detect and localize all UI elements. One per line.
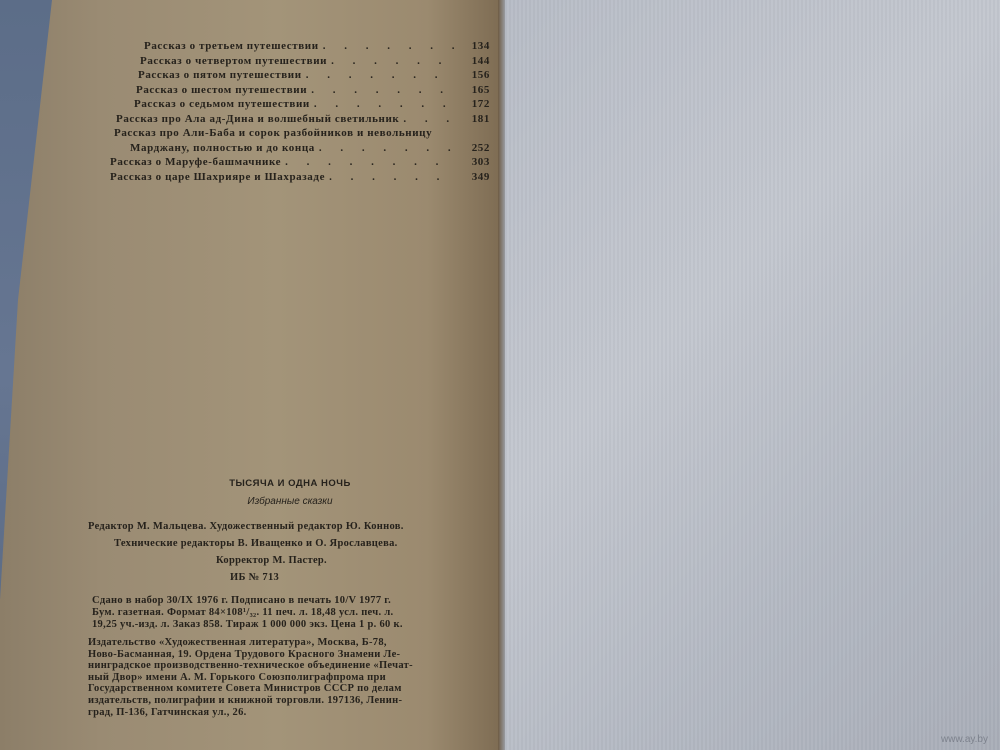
publisher-line: нинградское производственно-техническое …: [88, 660, 493, 672]
toc-entry-title: Рассказ о царе Шахрияре и Шахразаде: [110, 171, 325, 183]
book-title: ТЫСЯЧА И ОДНА НОЧЬ: [80, 478, 500, 489]
book-subtitle: Избранные сказки: [80, 496, 500, 507]
toc-entry-title: Рассказ про Ала ад-Дина и волшебный свет…: [116, 113, 399, 125]
toc-entry: Рассказ о царе Шахрияре и Шахразаде349: [110, 171, 490, 186]
toc-entry-page: 303: [460, 156, 490, 168]
toc-entry: Рассказ о четвертом путешествии144: [110, 55, 490, 70]
toc-entry-page: 156: [460, 69, 490, 81]
ib-number: ИБ № 713: [80, 572, 500, 589]
toc-leader-dots: [314, 98, 456, 110]
publisher-line: Издательство «Художественная литература»…: [88, 637, 493, 649]
print-info-line: Бум. газетная. Формат 84×108¹/₃₂. 11 печ…: [92, 607, 492, 619]
toc-entry: Рассказ о третьем путешествии134: [110, 40, 490, 55]
publisher-info: Издательство «Художественная литература»…: [88, 637, 493, 718]
toc-leader-dots: [285, 156, 456, 168]
toc-entry: Рассказ о шестом путешествии165: [110, 84, 490, 99]
publisher-line: издательств, полиграфии и книжной торгов…: [88, 695, 493, 707]
toc-entry: Рассказ про Али-Баба и сорок разбойников…: [110, 127, 490, 142]
credits: Редактор М. Мальцева. Художественный ред…: [80, 521, 500, 589]
publisher-line: ный Двор» имени А. М. Горького Союзполиг…: [88, 672, 493, 684]
right-blank-page: [505, 0, 1000, 750]
toc-entry-title: Рассказ о третьем путешествии: [144, 40, 319, 52]
toc-entry-title: Рассказ о седьмом путешествии: [134, 98, 310, 110]
toc-entry: Рассказ о Маруфе-башмачнике303: [110, 156, 490, 171]
publisher-line: Ново-Басманная, 19. Ордена Трудового Кра…: [88, 649, 493, 661]
publisher-line: Государственном комитете Совета Министро…: [88, 683, 493, 695]
toc-entry-page: 349: [460, 171, 490, 183]
toc-leader-dots: [329, 171, 456, 183]
toc-leader-dots: [323, 40, 456, 52]
print-info-line: 19,25 уч.-изд. л. Заказ 858. Тираж 1 000…: [92, 619, 492, 631]
toc-leader-dots: [403, 113, 456, 125]
print-info: Сдано в набор 30/IX 1976 г. Подписано в …: [92, 595, 492, 631]
toc-entry-title: Рассказ о шестом путешествии: [136, 84, 307, 96]
toc-entry-title: Рассказ о четвертом путешествии: [140, 55, 327, 67]
toc-entry-title: Рассказ о Маруфе-башмачнике: [110, 156, 281, 168]
toc-entry: Рассказ о седьмом путешествии172: [110, 98, 490, 113]
credits-technical-editors: Технические редакторы В. Иващенко и О. Я…: [80, 538, 500, 555]
toc-entry-title: Рассказ про Али-Баба и сорок разбойников…: [114, 127, 432, 139]
watermark: www.ay.by: [941, 734, 988, 745]
toc-leader-dots: [311, 84, 456, 96]
toc-entry-page: 134: [460, 40, 490, 52]
toc-entry-page: 165: [460, 84, 490, 96]
print-info-line: Сдано в набор 30/IX 1976 г. Подписано в …: [92, 595, 492, 607]
toc-leader-dots: [319, 142, 456, 154]
toc-entry-page: 181: [460, 113, 490, 125]
credits-editors: Редактор М. Мальцева. Художественный ред…: [80, 521, 500, 538]
table-of-contents: Рассказ о третьем путешествии134 Рассказ…: [110, 40, 490, 185]
toc-entry: Рассказ про Ала ад-Дина и волшебный свет…: [110, 113, 490, 128]
publisher-line: град, П-136, Гатчинская ул., 26.: [88, 707, 493, 719]
toc-entry-title: Рассказ о пятом путешествии: [138, 69, 302, 81]
toc-entry-continuation: Марджану, полностью и до конца252: [110, 142, 490, 157]
toc-entry: Рассказ о пятом путешествии156: [110, 69, 490, 84]
toc-entry-page: 144: [460, 55, 490, 67]
toc-entry-page: 172: [460, 98, 490, 110]
toc-leader-dots: [331, 55, 456, 67]
toc-leader-dots: [306, 69, 456, 81]
credits-proofreader: Корректор М. Пастер.: [80, 555, 500, 572]
toc-entry-title-continuation: Марджану, полностью и до конца: [130, 142, 315, 154]
toc-entry-page: 252: [460, 142, 490, 154]
